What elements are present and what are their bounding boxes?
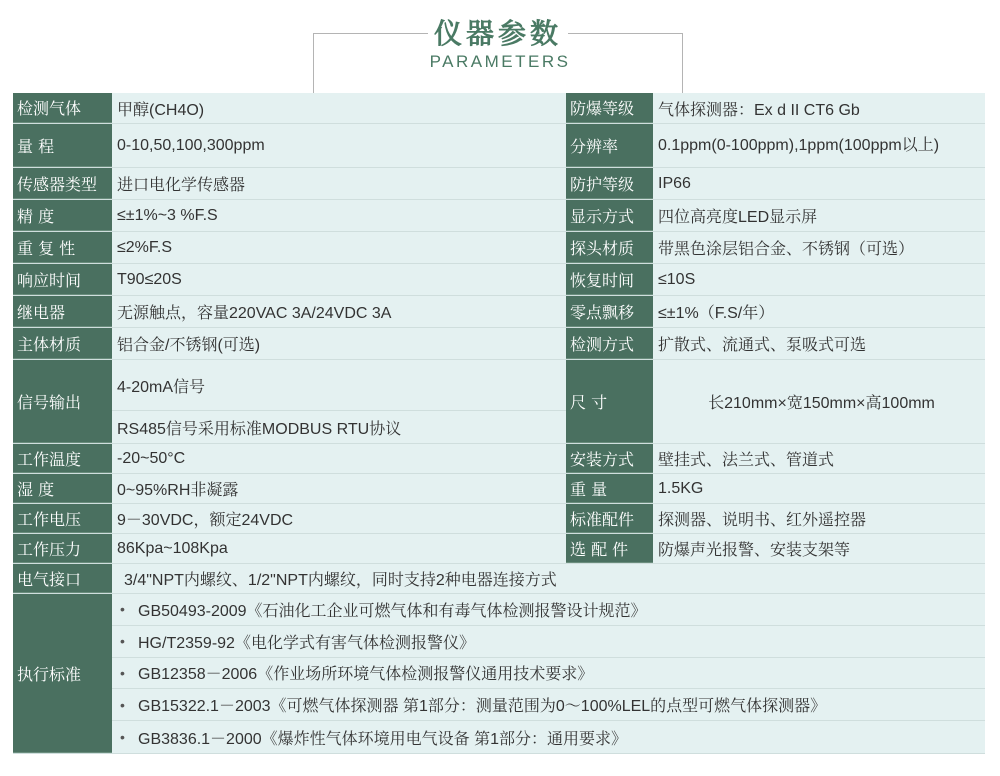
param-label: 分辨率 bbox=[566, 124, 653, 167]
list-item: • GB12358－2006《作业场所环境气体检测报警仪通用技术要求》 bbox=[112, 658, 985, 690]
param-label: 工作电压 bbox=[13, 504, 112, 533]
param-value: 气体探测器：Ex d II CT6 Gb bbox=[653, 93, 985, 123]
param-value: 4-20mA信号 bbox=[112, 360, 566, 410]
standard-text: GB12358－2006《作业场所环境气体检测报警仪通用技术要求》 bbox=[138, 661, 593, 684]
param-label: 主体材质 bbox=[13, 328, 112, 359]
param-value: 9－30VDC，额定24VDC bbox=[112, 504, 566, 533]
param-value: 甲醇(CH4O) bbox=[112, 93, 566, 123]
section-header: 仪器参数 PARAMETERS bbox=[0, 0, 1000, 93]
param-value: 长210mm×宽150mm×高100mm bbox=[653, 360, 985, 443]
param-value: 进口电化学传感器 bbox=[112, 168, 566, 199]
param-value: 扩散式、流通式、泵吸式可选 bbox=[653, 328, 985, 359]
param-value: T90≤20S bbox=[112, 264, 566, 295]
param-label: 防爆等级 bbox=[566, 93, 653, 123]
param-label: 电气接口 bbox=[13, 564, 112, 593]
param-value: ≤2%F.S bbox=[112, 232, 566, 263]
param-label: 传感器类型 bbox=[13, 168, 112, 199]
param-value: ≤±1%~3 %F.S bbox=[112, 200, 566, 231]
bullet-icon: • bbox=[120, 601, 138, 617]
table-row: 继电器 无源触点，容量220VAC 3A/24VDC 3A 零点飘移 ≤±1%（… bbox=[13, 296, 985, 328]
param-value: IP66 bbox=[653, 168, 985, 199]
list-item: • GB50493-2009《石油化工企业可燃气体和有毒气体检测报警设计规范》 bbox=[112, 594, 985, 626]
param-value: 86Kpa~108Kpa bbox=[112, 534, 566, 563]
param-value: 1.5KG bbox=[653, 474, 985, 503]
standard-text: GB50493-2009《石油化工企业可燃气体和有毒气体检测报警设计规范》 bbox=[138, 598, 647, 621]
table-row-signal-output: 信号输出 4-20mA信号 RS485信号采用标准MODBUS RTU协议 尺 … bbox=[13, 360, 985, 444]
param-label: 检测气体 bbox=[13, 93, 112, 123]
param-label: 尺 寸 bbox=[566, 360, 653, 443]
param-value: -20~50°C bbox=[112, 444, 566, 473]
list-item: • GB15322.1－2003《可燃气体探测器 第1部分：测量范围为0～100… bbox=[112, 689, 985, 721]
bullet-icon: • bbox=[120, 729, 138, 745]
standards-list: • GB50493-2009《石油化工企业可燃气体和有毒气体检测报警设计规范》 … bbox=[112, 594, 985, 753]
param-value: 带黑色涂层铝合金、不锈钢（可选） bbox=[653, 232, 985, 263]
table-row: 工作压力 86Kpa~108Kpa 选 配 件 防爆声光报警、安装支架等 bbox=[13, 534, 985, 564]
param-value: 探测器、说明书、红外遥控器 bbox=[653, 504, 985, 533]
param-value: 壁挂式、法兰式、管道式 bbox=[653, 444, 985, 473]
param-label: 工作温度 bbox=[13, 444, 112, 473]
standard-text: GB15322.1－2003《可燃气体探测器 第1部分：测量范围为0～100%L… bbox=[138, 693, 826, 716]
table-row: 响应时间 T90≤20S 恢复时间 ≤10S bbox=[13, 264, 985, 296]
param-label: 零点飘移 bbox=[566, 296, 653, 327]
param-label: 执行标准 bbox=[13, 594, 112, 753]
param-label: 恢复时间 bbox=[566, 264, 653, 295]
param-label: 精 度 bbox=[13, 200, 112, 231]
table-row-standards: 执行标准 • GB50493-2009《石油化工企业可燃气体和有毒气体检测报警设… bbox=[13, 594, 985, 754]
param-value: RS485信号采用标准MODBUS RTU协议 bbox=[112, 410, 566, 443]
param-value: 防爆声光报警、安装支架等 bbox=[653, 534, 985, 563]
table-row: 工作电压 9－30VDC，额定24VDC 标准配件 探测器、说明书、红外遥控器 bbox=[13, 504, 985, 534]
table-row-electrical-interface: 电气接口 3/4"NPT内螺纹、1/2"NPT内螺纹，同时支持2种电器连接方式 bbox=[13, 564, 985, 594]
param-value: 3/4"NPT内螺纹、1/2"NPT内螺纹，同时支持2种电器连接方式 bbox=[112, 564, 985, 593]
param-label: 探头材质 bbox=[566, 232, 653, 263]
param-label: 继电器 bbox=[13, 296, 112, 327]
param-label: 检测方式 bbox=[566, 328, 653, 359]
parameters-table: 检测气体 甲醇(CH4O) 防爆等级 气体探测器：Ex d II CT6 Gb … bbox=[13, 93, 985, 754]
param-label: 信号输出 bbox=[13, 360, 112, 443]
param-label: 重 量 bbox=[566, 474, 653, 503]
param-value: ≤10S bbox=[653, 264, 985, 295]
table-row: 传感器类型 进口电化学传感器 防护等级 IP66 bbox=[13, 168, 985, 200]
param-label: 重 复 性 bbox=[13, 232, 112, 263]
table-row: 检测气体 甲醇(CH4O) 防爆等级 气体探测器：Ex d II CT6 Gb bbox=[13, 93, 985, 124]
bullet-icon: • bbox=[120, 697, 138, 713]
bullet-icon: • bbox=[120, 665, 138, 681]
standard-text: HG/T2359-92《电化学式有害气体检测报警仪》 bbox=[138, 630, 475, 653]
param-value: 无源触点，容量220VAC 3A/24VDC 3A bbox=[112, 296, 566, 327]
list-item: • HG/T2359-92《电化学式有害气体检测报警仪》 bbox=[112, 626, 985, 658]
param-label: 显示方式 bbox=[566, 200, 653, 231]
param-label: 防护等级 bbox=[566, 168, 653, 199]
page-subtitle: PARAMETERS bbox=[0, 52, 1000, 72]
param-value: 0.1ppm(0-100ppm),1ppm(100ppm以上) bbox=[653, 124, 985, 167]
bullet-icon: • bbox=[120, 633, 138, 649]
table-row: 量 程 0-10,50,100,300ppm 分辨率 0.1ppm(0-100p… bbox=[13, 124, 985, 168]
param-label: 标准配件 bbox=[566, 504, 653, 533]
table-row: 精 度 ≤±1%~3 %F.S 显示方式 四位高亮度LED显示屏 bbox=[13, 200, 985, 232]
param-label: 选 配 件 bbox=[566, 534, 653, 563]
signal-output-values: 4-20mA信号 RS485信号采用标准MODBUS RTU协议 bbox=[112, 360, 566, 443]
param-value: 铝合金/不锈钢(可选) bbox=[112, 328, 566, 359]
title-wrap: 仪器参数 bbox=[428, 12, 568, 56]
param-value: 0~95%RH非凝露 bbox=[112, 474, 566, 503]
param-label: 工作压力 bbox=[13, 534, 112, 563]
table-row: 湿 度 0~95%RH非凝露 重 量 1.5KG bbox=[13, 474, 985, 504]
table-row: 主体材质 铝合金/不锈钢(可选) 检测方式 扩散式、流通式、泵吸式可选 bbox=[13, 328, 985, 360]
table-row: 工作温度 -20~50°C 安装方式 壁挂式、法兰式、管道式 bbox=[13, 444, 985, 474]
param-label: 量 程 bbox=[13, 124, 112, 167]
list-item: • GB3836.1－2000《爆炸性气体环境用电气设备 第1部分：通用要求》 bbox=[112, 721, 985, 753]
table-row: 重 复 性 ≤2%F.S 探头材质 带黑色涂层铝合金、不锈钢（可选） bbox=[13, 232, 985, 264]
param-label: 湿 度 bbox=[13, 474, 112, 503]
page-title: 仪器参数 bbox=[434, 17, 562, 50]
param-label: 安装方式 bbox=[566, 444, 653, 473]
standard-text: GB3836.1－2000《爆炸性气体环境用电气设备 第1部分：通用要求》 bbox=[138, 726, 627, 749]
param-value: 四位高亮度LED显示屏 bbox=[653, 200, 985, 231]
param-label: 响应时间 bbox=[13, 264, 112, 295]
param-value: 0-10,50,100,300ppm bbox=[112, 124, 566, 167]
param-value: ≤±1%（F.S/年） bbox=[653, 296, 985, 327]
